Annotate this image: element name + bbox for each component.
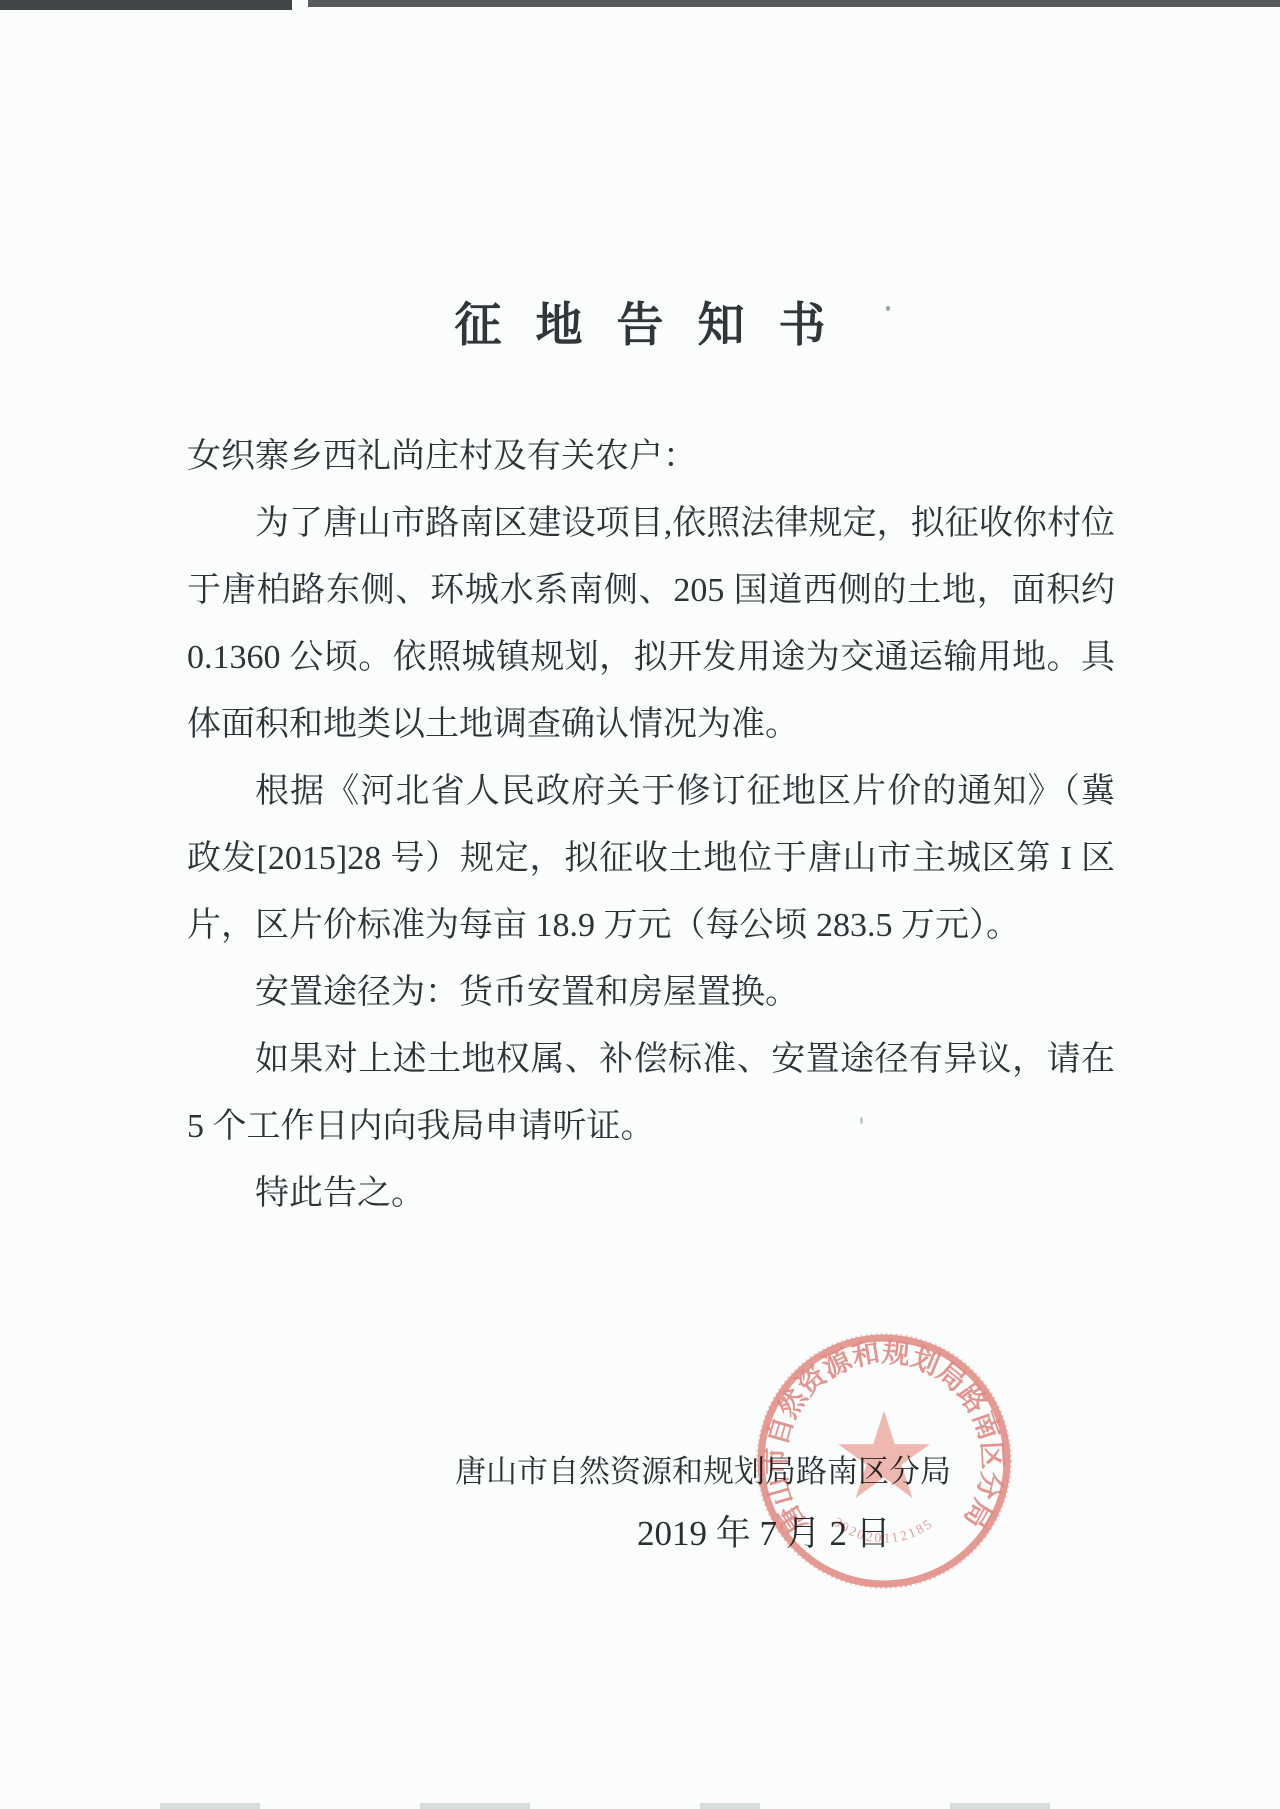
document-body: 女织寨乡西礼尚庄村及有关农户： 为了唐山市路南区建设项目,依照法律规定，拟征收你…	[187, 423, 1115, 1227]
body-line: 根据《河北省人民政府关于修订征地区片价的通知》（冀	[187, 758, 1115, 825]
body-line: 体面积和地类以土地调查确认情况为准。	[187, 691, 1115, 758]
seal-number: 302020112185	[831, 1514, 937, 1545]
body-line: 特此告之。	[187, 1160, 1115, 1227]
scan-artifact	[160, 1803, 260, 1809]
seal-star-icon	[838, 1411, 930, 1498]
body-line: 政发[2015]28 号）规定，拟征收土地位于唐山市主城区第 I 区	[187, 825, 1115, 892]
seal-graphic: 唐山市自然资源和规划局路南区分局 302020112185	[753, 1330, 1015, 1592]
scan-artifact	[700, 1803, 760, 1809]
body-line: 女织寨乡西礼尚庄村及有关农户：	[187, 423, 1115, 490]
scan-artifact	[0, 0, 292, 10]
scan-artifact	[950, 1803, 1050, 1809]
body-line: 安置途径为：货币安置和房屋置换。	[187, 959, 1115, 1026]
body-line: 片，区片价标准为每亩 18.9 万元（每公顷 283.5 万元）。	[187, 892, 1115, 959]
body-line: 为了唐山市路南区建设项目,依照法律规定，拟征收你村位	[187, 490, 1115, 557]
body-line: 于唐柏路东侧、环城水系南侧、205 国道西侧的土地，面积约	[187, 557, 1115, 624]
document-title: 征地告知书	[0, 288, 1280, 355]
scan-artifact	[420, 1803, 530, 1809]
official-seal: 唐山市自然资源和规划局路南区分局 302020112185	[753, 1330, 1015, 1592]
scan-artifact	[308, 0, 1280, 7]
body-line: 如果对上述土地权属、补偿标准、安置途径有异议，请在	[187, 1026, 1115, 1093]
document-page: 征地告知书 女织寨乡西礼尚庄村及有关农户： 为了唐山市路南区建设项目,依照法律规…	[0, 0, 1280, 1809]
body-line: 5 个工作日内向我局申请听证。	[187, 1093, 1115, 1160]
seal-number-textpath: 302020112185	[831, 1514, 937, 1545]
body-line: 0.1360 公顷。依照城镇规划，拟开发用途为交通运输用地。具	[187, 624, 1115, 691]
